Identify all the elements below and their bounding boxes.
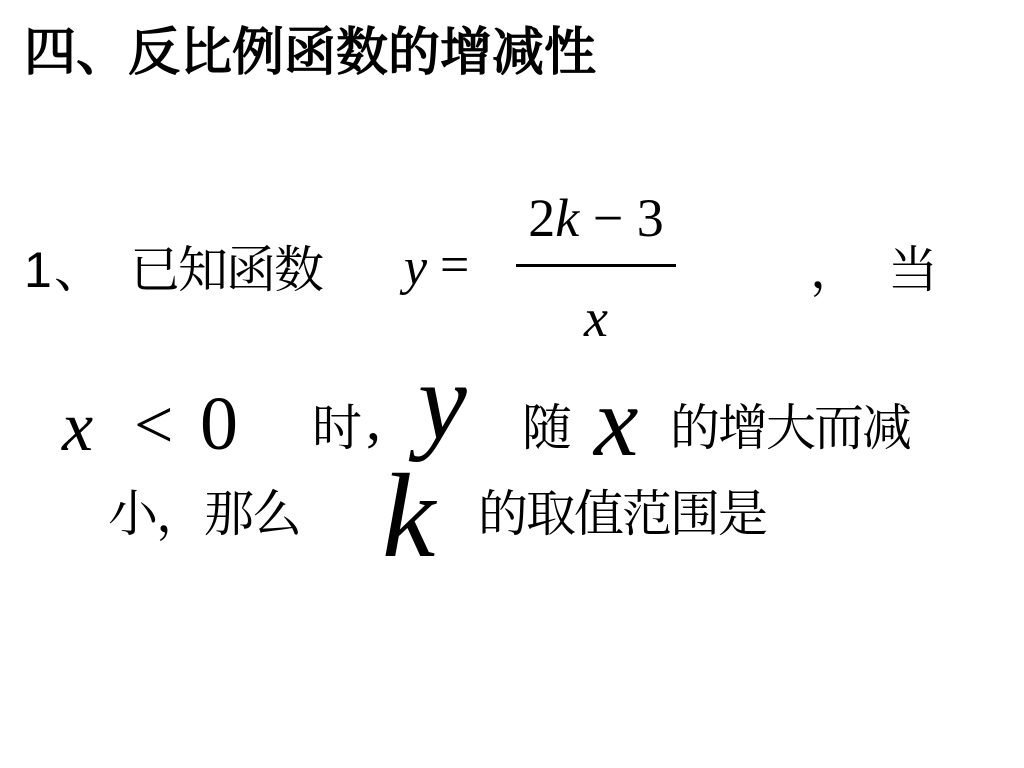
when-text: 当 xyxy=(888,240,938,300)
fraction-numerator: 2k − 3 xyxy=(516,188,676,248)
x-big-variable: x xyxy=(594,372,638,472)
question-intro: 已知函数 xyxy=(130,240,322,300)
line3-end-text: 的取值范围是 xyxy=(478,484,766,544)
increase-decrease-text: 的增大而减 xyxy=(670,398,910,458)
equals-sign: = xyxy=(440,236,469,296)
comma-2: , xyxy=(366,384,381,454)
y-variable: y xyxy=(404,238,427,298)
k-big-variable: k xyxy=(382,456,435,576)
fraction-bar xyxy=(516,264,676,267)
condition-x: x xyxy=(62,388,93,468)
condition-zero: 0 xyxy=(200,384,238,464)
question-number: 1 xyxy=(24,240,52,300)
line3-start-text: 小，那么 xyxy=(108,484,300,544)
sui-text: 随 xyxy=(522,398,572,458)
comma: ， xyxy=(810,240,860,300)
y-big-variable: y xyxy=(418,346,467,456)
fraction-denominator: x xyxy=(516,288,676,348)
shi-text: 时 xyxy=(312,398,362,458)
question-separator: 、 xyxy=(54,240,104,300)
page-title: 四、反比例函数的增减性 xyxy=(24,18,596,88)
condition-less-than: < xyxy=(134,386,173,466)
